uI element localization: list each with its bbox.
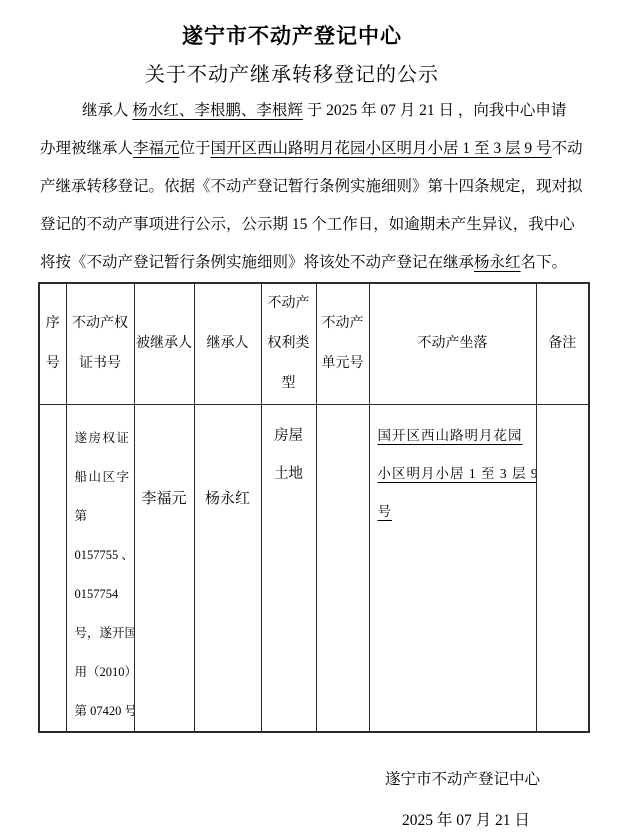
location-text-underlined: 号: [378, 504, 393, 519]
header-right-type: 不动产权利类型: [261, 283, 316, 405]
body-line-5: 将按《不动产登记暂行条例实施细则》将该处不动产登记在继承杨永红名下。: [40, 244, 588, 282]
right-type-line: 土地: [263, 455, 315, 493]
table-header-row: 序号 不动产权证书号 被继承人 继承人 不动产权利类型 不动产单元号 不动产坐落…: [39, 283, 589, 405]
body-text-segment: 办理被继承人: [40, 140, 133, 157]
body-text-segment: 产继承转移登记。依据《不动产登记暂行条例实施细则》第十四条规定，现对拟: [40, 178, 583, 195]
signature-org: 遂宁市不动产登记中心: [385, 767, 540, 789]
header-heir: 继承人: [194, 283, 261, 405]
body-text-segment: 于 2025 年 07 月 21 日 ，向我中心申请: [303, 102, 567, 119]
cell-location: 国开区西山路明月花园 小区明月小居 1 至 3 层 9 号: [369, 405, 536, 733]
cert-line: 船山区字: [75, 458, 134, 497]
table-row: 遂房权证 船山区字 第 0157755 、 0157754 号，遂开国 用（20…: [39, 405, 589, 733]
property-address-underlined: 国开区西山路明月花园小区明月小居 1 至 3 层 9 号: [211, 140, 552, 157]
cell-right-type: 房屋 土地: [261, 405, 316, 733]
header-location: 不动产坐落: [369, 283, 536, 405]
header-seq: 序号: [39, 283, 66, 405]
notice-body: 继承人 杨水红、李根鹏、李根辉 于 2025 年 07 月 21 日 ，向我中心…: [40, 92, 588, 282]
location-line: 号: [378, 493, 536, 531]
body-line-3: 产继承转移登记。依据《不动产登记暂行条例实施细则》第十四条规定，现对拟: [40, 168, 588, 206]
body-text-segment: 不动: [552, 140, 583, 157]
cert-line: 第: [75, 497, 134, 536]
header-decedent: 被继承人: [134, 283, 194, 405]
cell-seq: [39, 405, 66, 733]
location-text-underlined: 国开区西山路明月花园: [378, 428, 523, 443]
cell-heir: 杨永红: [194, 405, 261, 733]
right-type-line: 房屋: [263, 417, 315, 455]
header-unit-no: 不动产单元号: [316, 283, 369, 405]
body-text-segment: 将按《不动产登记暂行条例实施细则》将该处不动产登记在继承: [40, 254, 474, 271]
cell-unit-no: [316, 405, 369, 733]
header-remark: 备注: [536, 283, 589, 405]
cert-line: 0157754: [75, 575, 134, 614]
body-text-segment: 继承人: [82, 102, 132, 119]
location-line: 国开区西山路明月花园: [378, 417, 536, 455]
signature-date: 2025 年 07 月 21 日: [402, 808, 530, 830]
cert-line: 号，遂开国: [75, 614, 134, 653]
cert-line: 用（2010）: [75, 653, 134, 692]
body-text-segment: 位于: [180, 140, 211, 157]
body-line-2: 办理被继承人李福元位于国开区西山路明月花园小区明月小居 1 至 3 层 9 号不…: [40, 130, 588, 168]
location-text-underlined: 小区明月小居 1 至 3 层 9: [378, 466, 537, 481]
cert-line: 遂房权证: [75, 419, 134, 458]
notice-document: 遂宁市不动产登记中心 关于不动产继承转移登记的公示 继承人 杨水红、李根鹏、李根…: [0, 0, 624, 834]
cell-remark: [536, 405, 589, 733]
cert-line: 第 07420 号: [75, 692, 134, 731]
body-line-1: 继承人 杨水红、李根鹏、李根辉 于 2025 年 07 月 21 日 ，向我中心…: [40, 92, 588, 130]
page-subtitle: 关于不动产继承转移登记的公示: [0, 58, 584, 87]
location-line: 小区明月小居 1 至 3 层 9: [378, 455, 536, 493]
registration-table: 序号 不动产权证书号 被继承人 继承人 不动产权利类型 不动产单元号 不动产坐落…: [38, 282, 590, 733]
decedent-name-underlined: 李福元: [133, 140, 180, 157]
body-text-segment: 登记的不动产事项进行公示，公示期 15 个工作日，如逾期未产生异议，我中心: [40, 216, 575, 233]
body-text-segment: 名下。: [521, 254, 568, 271]
cell-cert-no: 遂房权证 船山区字 第 0157755 、 0157754 号，遂开国 用（20…: [66, 405, 134, 733]
body-line-4: 登记的不动产事项进行公示，公示期 15 个工作日，如逾期未产生异议，我中心: [40, 206, 588, 244]
final-heir-name-underlined: 杨永红: [474, 254, 521, 271]
cert-line: 0157755 、: [75, 536, 134, 575]
heirs-names-underlined: 杨水红、李根鹏、李根辉: [132, 102, 303, 119]
cell-decedent: 李福元: [134, 405, 194, 733]
page-title: 遂宁市不动产登记中心: [0, 20, 584, 50]
header-cert-no: 不动产权证书号: [66, 283, 134, 405]
